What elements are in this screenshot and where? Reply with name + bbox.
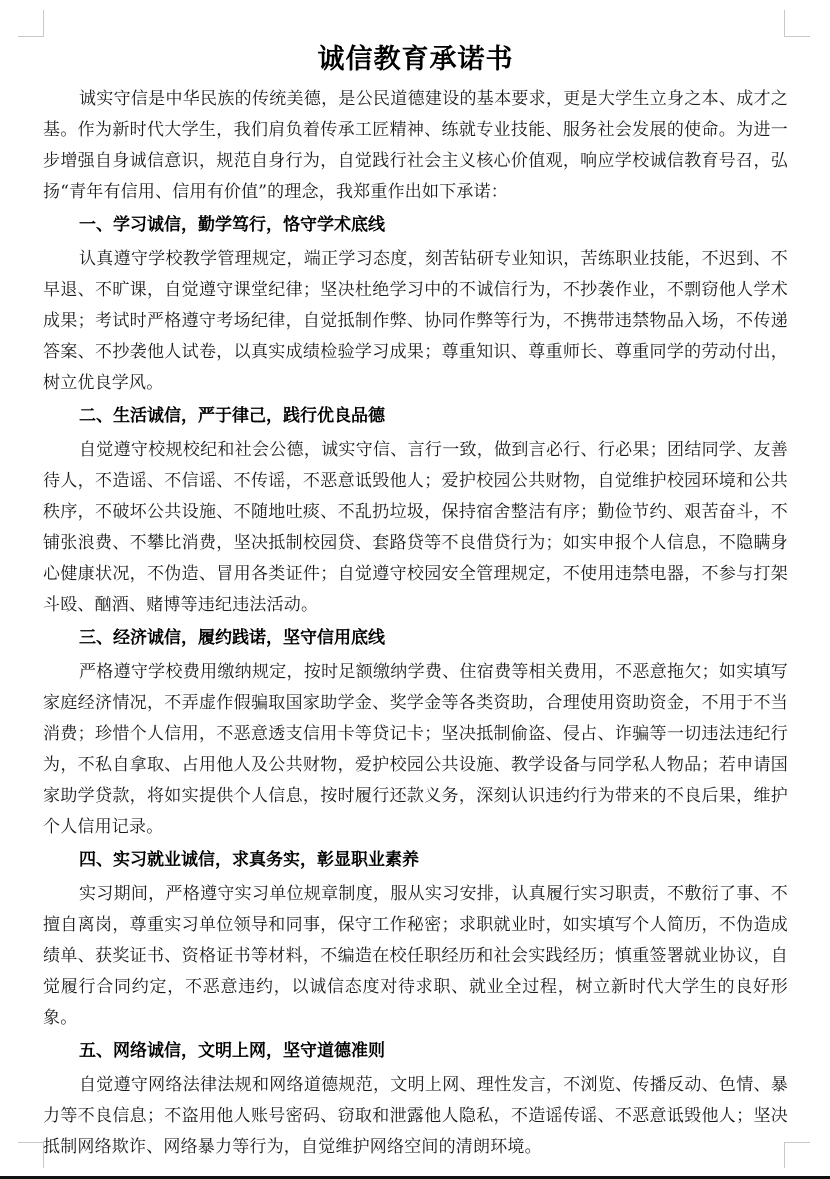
corner-mark-top-right-v (784, 10, 785, 37)
document-title: 诚信教育承诺书 (43, 40, 788, 80)
section-network: 五、网络诚信，文明上网，坚守道德准则 自觉遵守网络法律法规和网络道德规范，文明上… (43, 1036, 788, 1163)
section-body: 自觉遵守网络法律法规和网络道德规范，文明上网、理性发言，不浏览、传播反动、色情、… (43, 1070, 788, 1163)
section-body: 实习期间，严格遵守实习单位规章制度，服从实习安排，认真履行实习职责，不敷衍了事、… (43, 879, 788, 1034)
section-body: 认真遵守学校教学管理规定，端正学习态度，刻苦钻研专业知识，苦练职业技能，不迟到、… (43, 244, 788, 399)
corner-mark-top-left-v (43, 10, 44, 37)
document-page: 诚信教育承诺书 诚实守信是中华民族的传统美德，是公民道德建设的基本要求，更是大学… (0, 0, 830, 1176)
section-body: 严格遵守学校费用缴纳规定，按时足额缴纳学费、住宿费等相关费用，不恶意拖欠；如实填… (43, 657, 788, 843)
section-economy: 三、经济诚信，履约践诺，坚守信用底线 严格遵守学校费用缴纳规定，按时足额缴纳学费… (43, 623, 788, 843)
intro-paragraph: 诚实守信是中华民族的传统美德，是公民道德建设的基本要求，更是大学生立身之本、成才… (43, 84, 788, 208)
section-heading: 四、实习就业诚信，求真务实，彰显职业素养 (43, 845, 788, 876)
section-heading: 五、网络诚信，文明上网，坚守道德准则 (43, 1036, 788, 1067)
section-study: 一、学习诚信，勤学笃行，恪守学术底线 认真遵守学校教学管理规定，端正学习态度，刻… (43, 210, 788, 399)
section-internship: 四、实习就业诚信，求真务实，彰显职业素养 实习期间，严格遵守实习单位规章制度，服… (43, 845, 788, 1034)
corner-mark-bottom-left-h (18, 1142, 44, 1143)
section-heading: 二、生活诚信，严于律己，践行优良品德 (43, 401, 788, 432)
corner-mark-top-right-h (784, 36, 810, 37)
section-heading: 一、学习诚信，勤学笃行，恪守学术底线 (43, 210, 788, 241)
document-content: 诚信教育承诺书 诚实守信是中华民族的传统美德，是公民道德建设的基本要求，更是大学… (43, 40, 788, 1163)
section-body: 自觉遵守校规校纪和社会公德，诚实守信、言行一致，做到言必行、行必果；团结同学、友… (43, 435, 788, 621)
section-life: 二、生活诚信，严于律己，践行优良品德 自觉遵守校规校纪和社会公德，诚实守信、言行… (43, 401, 788, 621)
section-heading: 三、经济诚信，履约践诺，坚守信用底线 (43, 623, 788, 654)
corner-mark-top-left-h (18, 36, 44, 37)
